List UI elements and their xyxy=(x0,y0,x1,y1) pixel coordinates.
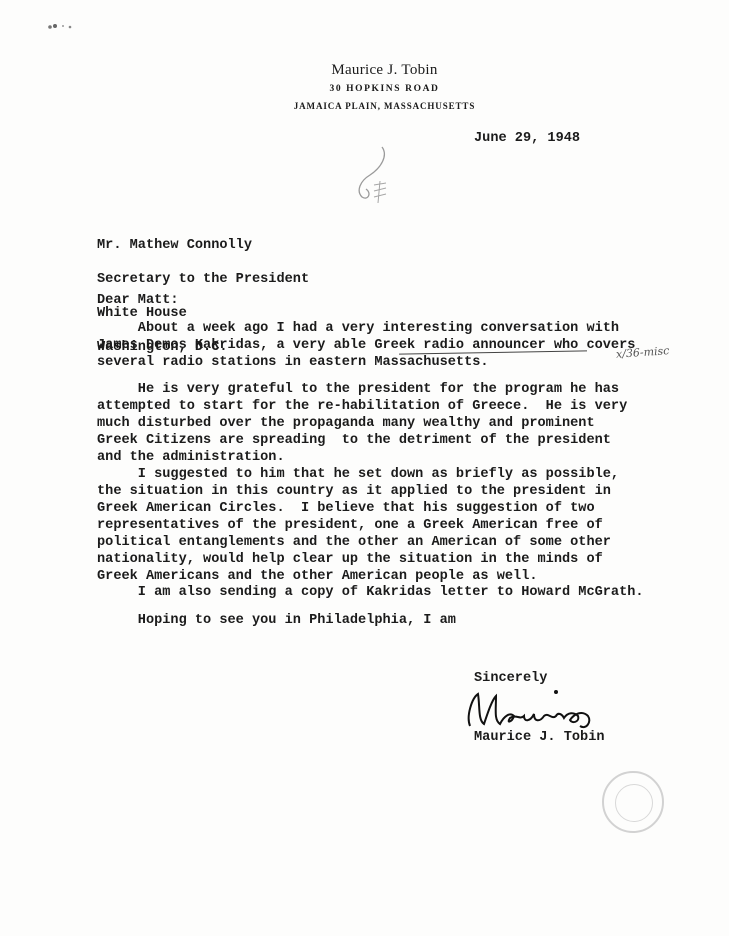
letterhead-name: Maurice J. Tobin xyxy=(20,62,729,79)
archive-stamp-inner xyxy=(615,784,653,822)
body-paragraph: He is very grateful to the president for… xyxy=(97,381,627,466)
paper-speck-marks xyxy=(46,22,76,30)
recipient-line: Mr. Mathew Connolly xyxy=(97,237,309,254)
body-paragraph: Hoping to see you in Philadelphia, I am xyxy=(97,612,456,629)
letter-date: June 29, 1948 xyxy=(474,130,580,147)
archive-stamp xyxy=(602,771,664,833)
salutation: Dear Matt: xyxy=(97,292,179,309)
margin-note: x/36-misc xyxy=(616,344,670,361)
body-paragraph: I suggested to him that he set down as b… xyxy=(97,466,619,585)
letterhead-address-city: JAMAICA PLAIN, MASSACHUSETTS xyxy=(20,101,729,111)
body-paragraph: I am also sending a copy of Kakridas let… xyxy=(97,584,644,601)
closing: Sincerely xyxy=(474,670,547,687)
body-paragraph: About a week ago I had a very interestin… xyxy=(97,320,635,371)
typed-signature-name: Maurice J. Tobin xyxy=(474,729,605,746)
letterhead-address-street: 30 HOPKINS ROAD xyxy=(20,84,729,94)
handwritten-signature xyxy=(462,686,612,734)
recipient-line: Secretary to the President xyxy=(97,271,309,288)
handwritten-annotation-mark xyxy=(352,145,392,205)
